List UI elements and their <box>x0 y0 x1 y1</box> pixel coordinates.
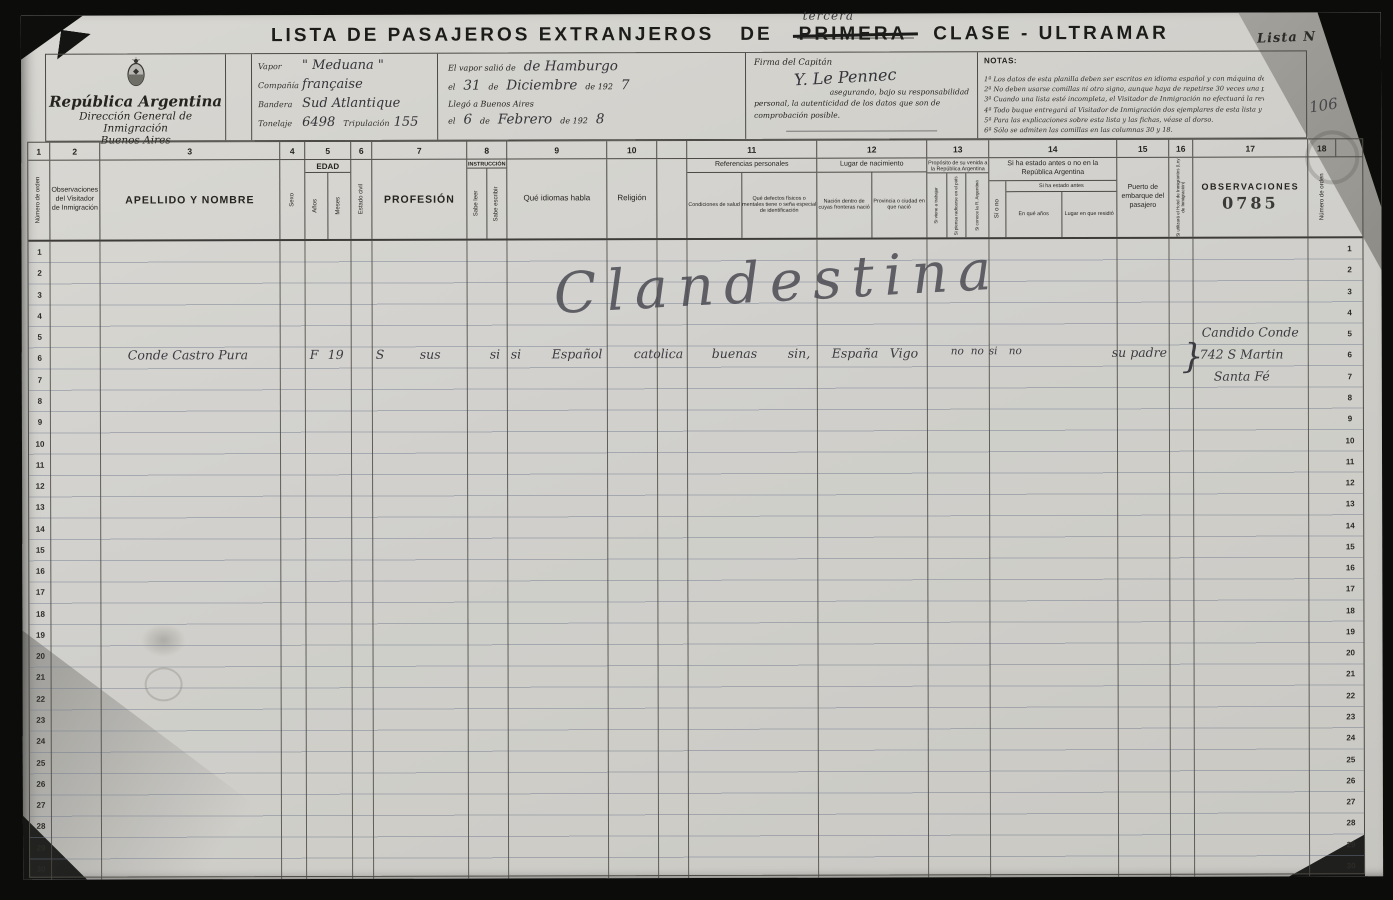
header-apellido-nombre: APELLIDO Y NOMBRE <box>125 194 254 206</box>
row-number: 16 <box>1337 557 1363 578</box>
col-num-14: 14 <box>989 140 1117 157</box>
form-header: República Argentina Dirección General de… <box>45 50 1307 141</box>
compania-value: française <box>302 77 363 92</box>
header-estado-antes: Si ha estado antes o no en la República … <box>989 158 1116 180</box>
notas-label: NOTAS: <box>984 56 1017 65</box>
row-number: 9 <box>1337 408 1363 429</box>
header-lugar-nacimiento: Lugar de nacimiento <box>838 158 905 171</box>
captain-label: Firma del Capitán <box>754 58 832 68</box>
notas-item: 4ª Todo buque entregará al Visitador de … <box>984 104 1264 115</box>
entry-languages: Español <box>552 346 603 361</box>
row-number: 10 <box>1337 430 1363 451</box>
row-number: 21 <box>30 667 52 688</box>
notas-item: 5ª Para las explicaciones sobre esta lis… <box>984 114 1264 125</box>
row-number: 17 <box>29 582 51 603</box>
captain-box: Firma del Capitán Y. Le Pennec asegurand… <box>746 52 978 139</box>
col-num-5: 5 <box>305 142 351 159</box>
document-sheet: LISTA DE PASAJEROS EXTRANJEROS DE tercer… <box>21 12 1383 880</box>
entry-purpose-1: no <box>951 345 964 357</box>
llego-month: Febrero <box>498 111 552 127</box>
header-estado-civil: Estado civil <box>358 184 365 214</box>
handwritten-class-correction: tercera <box>803 9 854 23</box>
el-label: el <box>448 83 455 92</box>
row-number: 27 <box>30 795 52 816</box>
lista-number-label: Lista N <box>1257 29 1317 46</box>
ship-details-box: Vapor" Meduana " Compañíafrançaise Bande… <box>252 54 438 140</box>
list-number-stamp: 0785 <box>1222 193 1279 212</box>
header-provincia: Provincia o ciudad en que nació <box>872 199 927 212</box>
entry-religion: catolica <box>634 346 683 361</box>
salio-port: de Hamburgo <box>524 58 618 74</box>
row-number: 29 <box>1338 834 1364 855</box>
header-proposito-sub3: Si conoce la R. Argentina <box>975 180 980 231</box>
entry-province: Vigo <box>890 345 918 360</box>
row-number: 26 <box>30 773 52 794</box>
header-defectos: Qué defectos físicos o mentales tiene o … <box>742 196 816 215</box>
entry-obs-line3: Santa Fé <box>1214 369 1270 384</box>
entry-obs-line1: Candido Conde <box>1202 324 1299 339</box>
header-instruccion: INSTRUCCIÓN <box>468 160 505 168</box>
row-number: 17 <box>1337 579 1363 600</box>
passenger-table: 1 2 3 4 5 6 7 8 9 10 11 12 13 14 15 16 1… <box>27 138 1365 877</box>
entry-health: buenas <box>712 346 757 361</box>
header-sabe-escribir: Sabe escribir <box>493 186 500 221</box>
row-number: 5 <box>1337 323 1363 344</box>
issuing-office-box: República Argentina Dirección General de… <box>46 54 226 140</box>
row-number: 4 <box>1337 302 1363 323</box>
header-nacion: Nación dentro de cuyas fronteras nació <box>817 199 871 212</box>
row-number: 28 <box>30 816 52 837</box>
entry-sex: F <box>310 347 319 362</box>
col-num-10: 10 <box>607 141 657 158</box>
row-numbers-right: 1234567891011121314151617181920212223242… <box>1336 238 1364 876</box>
de-label: de <box>480 117 490 126</box>
col-num-16: 16 <box>1169 140 1193 157</box>
notas-item: 1ª Los datos de esta planilla deben ser … <box>984 74 1264 85</box>
row-number: 19 <box>29 624 51 645</box>
llego-day: 6 <box>463 112 472 128</box>
title-class-struck: PRIMERA <box>799 23 908 45</box>
entry-name: Conde Castro Pura <box>128 347 248 362</box>
row-number: 12 <box>29 476 51 497</box>
header-anos: Años <box>313 199 320 213</box>
col-num-18: 18 <box>1308 139 1336 156</box>
row-number: 12 <box>1337 472 1363 493</box>
bandera-label: Bandera <box>258 100 302 109</box>
row-number: 2 <box>29 263 51 284</box>
coat-of-arms-icon <box>123 57 147 87</box>
header-proposito-sub1: Si viene a trabajar <box>934 187 939 223</box>
header-edad: EDAD <box>316 160 339 172</box>
row-number: 23 <box>30 710 52 731</box>
year-prefix: de 192 <box>560 116 588 125</box>
col-num-6: 6 <box>351 142 372 159</box>
scanned-passenger-list-photo: { "title": { "main": "LISTA DE PASAJEROS… <box>0 0 1393 900</box>
llego-year: 8 <box>596 111 605 127</box>
notas-item: 2ª No deben usarse comillas ni otro sign… <box>984 84 1264 95</box>
row-number: 3 <box>1337 281 1363 302</box>
vapor-value: " Meduana " <box>302 58 384 73</box>
col-num-4: 4 <box>280 142 305 159</box>
row-number: 7 <box>29 369 51 390</box>
col-num-13: 13 <box>927 140 989 157</box>
org-country: República Argentina <box>46 92 225 110</box>
salio-label: El vapor salió de <box>448 63 516 72</box>
header-si-ha-estado: Si ha estado antes <box>1006 180 1116 191</box>
row-number: 29 <box>30 837 52 858</box>
salio-year: 7 <box>621 77 630 93</box>
row-number: 10 <box>29 433 51 454</box>
col-num-7: 7 <box>372 142 467 159</box>
compania-label: Compañía <box>258 81 302 90</box>
row-number: 14 <box>29 518 51 539</box>
title-rest: CLASE - ULTRAMAR <box>933 23 1169 46</box>
voyage-details-box: El vapor salió dede Hamburgo el31deDicie… <box>438 53 746 140</box>
header-blank <box>657 159 687 238</box>
col-num-8: 8 <box>467 142 507 159</box>
salio-day: 31 <box>463 78 480 94</box>
row-number: 25 <box>1338 749 1364 770</box>
col-num-17: 17 <box>1193 139 1308 156</box>
row-number: 13 <box>1337 493 1363 514</box>
row-numbers-left: 1234567891011121314151617181920212223242… <box>28 242 52 880</box>
notas-box: NOTAS: 1ª Los datos de esta planilla deb… <box>978 51 1304 138</box>
row-number: 18 <box>29 603 51 624</box>
title-class-struck-wrap: tercera PRIMERA <box>799 23 908 45</box>
header-si-o-no: Sí o no <box>994 199 1001 218</box>
header-sabe-leer: Sabe leer <box>473 191 480 217</box>
col-num-9: 9 <box>507 141 607 158</box>
row-number: 9 <box>29 412 51 433</box>
entry-civil-status: S <box>376 347 385 362</box>
row-number: 6 <box>1337 345 1363 366</box>
title-main: LISTA DE PASAJEROS EXTRANJEROS <box>271 24 714 47</box>
entry-purpose-3: si <box>989 345 998 357</box>
header-profesion: PROFESIÓN <box>384 193 455 205</box>
header-lugar-residio: Lugar en que residió <box>1062 192 1117 237</box>
col-num-3: 3 <box>100 142 280 159</box>
row-number: 6 <box>29 348 51 369</box>
entry-profession: sus <box>420 347 441 362</box>
header-proposito: Propósito de su venida a la República Ar… <box>927 158 988 173</box>
salio-month: Diciembre <box>506 77 577 93</box>
header-idiomas: Qué idiomas habla <box>523 194 590 205</box>
entry-been-before: no <box>1009 345 1022 357</box>
row-number: 25 <box>30 752 52 773</box>
table-body: 1234567891011121314151617181920212223242… <box>28 238 1364 879</box>
header-en-que-anos: En qué años <box>1006 192 1062 237</box>
col-num-11: 11 <box>687 141 817 158</box>
captain-text-2: personal, la autenticidad de los datos q… <box>754 98 969 121</box>
notas-item: 6ª Sólo se admiten las comillas en las c… <box>984 125 1264 136</box>
row-number: 7 <box>1337 366 1363 387</box>
header-condiciones-salud: Condiciones de salud <box>688 202 740 208</box>
row-number: 24 <box>1338 727 1364 748</box>
document-title: LISTA DE PASAJEROS EXTRANJEROS DE tercer… <box>271 23 1171 47</box>
entry-defects: sin, <box>788 346 810 361</box>
row-number: 30 <box>30 858 52 879</box>
header-meses: Meses <box>336 197 343 215</box>
col-num-12: 12 <box>817 140 927 157</box>
row-number: 13 <box>29 497 51 518</box>
row-number: 11 <box>29 454 51 475</box>
header-observaciones: OBSERVACIONES <box>1201 181 1299 191</box>
bandera-value: Sud Atlantique <box>302 96 400 111</box>
header-numero-orden: Número de orden <box>35 177 42 224</box>
entry-writes: si <box>511 346 521 361</box>
row-number: 14 <box>1337 515 1363 536</box>
header-sexo: Sexo <box>289 193 296 207</box>
vapor-label: Vapor <box>258 62 302 71</box>
row-number: 1 <box>28 242 50 263</box>
row-number: 1 <box>1336 238 1362 259</box>
row-number: 24 <box>30 731 52 752</box>
entry-note-su-padre: su padre <box>1112 345 1167 360</box>
org-office: Dirección General de Inmigración <box>46 110 225 134</box>
col-num-2: 2 <box>50 143 100 160</box>
row-number: 21 <box>1338 664 1364 685</box>
row-number: 4 <box>29 306 51 327</box>
row-number: 15 <box>1337 536 1363 557</box>
signature-line <box>786 130 937 131</box>
row-number: 26 <box>1338 770 1364 791</box>
row-number: 15 <box>29 539 51 560</box>
tonelaje-value: 6498 <box>302 115 335 130</box>
el-label: el <box>448 117 455 126</box>
entry-purpose-2: no <box>971 345 984 357</box>
row-number: 19 <box>1337 621 1363 642</box>
entry-age: 19 <box>328 347 344 362</box>
header-referencias-personales: Referencias personales <box>713 159 791 172</box>
row-number: 28 <box>1338 812 1364 833</box>
row-number: 22 <box>30 688 52 709</box>
header-proposito-sub2: Si piensa radicarse en el país <box>954 176 959 235</box>
column-rules <box>28 238 1364 879</box>
notas-list: 1ª Los datos de esta planilla deben ser … <box>984 74 1264 136</box>
notas-item: 3ª Cuando una lista esté incompleta, el … <box>984 94 1264 105</box>
row-number: 8 <box>1337 387 1363 408</box>
row-number: 8 <box>29 391 51 412</box>
header-religion: Religión <box>617 193 646 203</box>
header-observaciones-visitador: Observaciones del Visitador de Inmigraci… <box>49 185 100 215</box>
row-number: 30 <box>1338 855 1364 876</box>
row-number: 23 <box>1338 706 1364 727</box>
captain-text-1: asegurando, bajo su responsabilidad <box>754 86 969 98</box>
llego-label: Llegó a Buenos Aires <box>448 99 534 108</box>
row-number: 11 <box>1337 451 1363 472</box>
de-label: de <box>489 83 499 92</box>
col-num-blank <box>657 141 687 158</box>
row-number: 5 <box>29 327 51 348</box>
row-number: 27 <box>1338 791 1364 812</box>
header-puerto-embarque: Puerto de embarque del pasajero <box>1117 182 1168 212</box>
row-number: 16 <box>29 561 51 582</box>
tonelaje-label: Tonelaje <box>258 119 302 128</box>
row-number: 3 <box>29 284 51 305</box>
tripulacion-label: Tripulación <box>343 119 389 128</box>
col-num-1: 1 <box>28 143 50 160</box>
col-num-15: 15 <box>1117 140 1169 157</box>
header-hotel-inmigrantes: Si utilizará el Hotel de Inmigrantes (Le… <box>1176 158 1186 237</box>
tripulacion-value: 155 <box>394 115 419 130</box>
row-number: 20 <box>30 646 52 667</box>
row-number: 18 <box>1337 600 1363 621</box>
entry-nation: España <box>832 346 879 361</box>
entry-obs-line2: 742 S Martin <box>1200 346 1284 361</box>
header-spacer <box>226 54 252 140</box>
row-number: 2 <box>1337 260 1363 281</box>
row-number: 20 <box>1338 642 1364 663</box>
header-numero-orden-right: Número de orden <box>1319 174 1326 221</box>
column-headers: Número de orden Observaciones del Visita… <box>28 157 1362 241</box>
entry-reads: si <box>490 347 500 362</box>
row-number: 22 <box>1338 685 1364 706</box>
title-de: DE <box>740 24 772 46</box>
year-prefix: de 192 <box>585 82 613 91</box>
